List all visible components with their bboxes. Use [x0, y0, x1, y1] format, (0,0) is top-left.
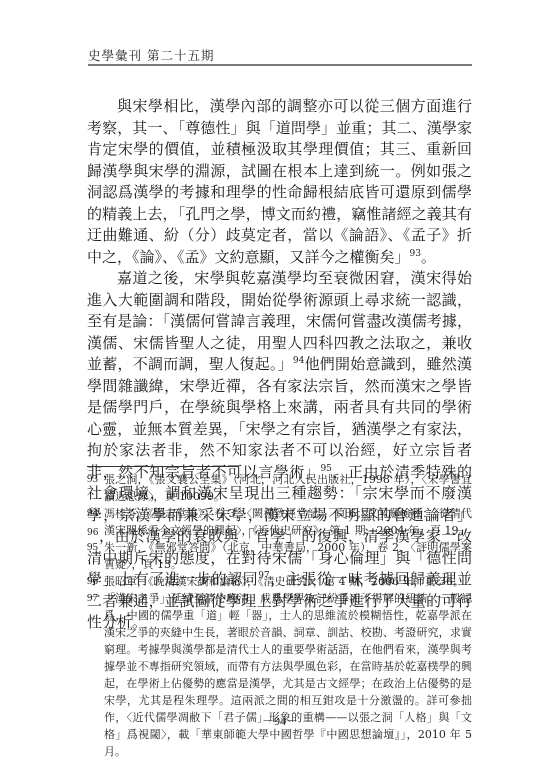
paragraph-text: 。	[421, 248, 436, 266]
footnote-93: 93 張之洞，《張文襄公全集》（河北，河北人民出版社，1998 年），〈宋學書宜…	[87, 471, 472, 505]
footnote-96: 96 張昭軍，《晚清漢宋調和論析》，《清史研究》，第 4 期，2006 年，頁 …	[87, 573, 472, 590]
footnote-ref-93[interactable]: 93	[410, 249, 421, 259]
footnote-number: 93	[87, 471, 104, 505]
paragraph-1: 與宋學相比，漢學內部的調整亦可以從三個方面進行考察，其一、「尊德性」與「道問學」…	[87, 96, 472, 268]
footnote-text: 張之洞，《張文襄公全集》（河北，河北人民出版社，1998 年），〈宋學書宜讀近思…	[104, 471, 472, 505]
header-rule	[88, 64, 472, 66]
footnote-number: 97	[87, 590, 104, 760]
footnote-ref-94[interactable]: 94	[293, 356, 304, 366]
footnote-text: 朱一新，《無邪堂答問》（北京，中華書局，2000 年），卷 2，〈評明儒學案質疑…	[104, 539, 472, 573]
footnote-text: 「漢宋之爭」延續至清中晚清，成爲學界攻訐紛爭而不得解的紐結。一般認爲，中國的儒學…	[104, 590, 472, 760]
footnote-number: 95	[87, 539, 104, 573]
running-header-title: 史學彙刊 第二十五期	[88, 46, 214, 64]
footnote-95: 95 朱一新，《無邪堂答問》（北京，中華書局，2000 年），卷 2，〈評明儒學…	[87, 539, 472, 573]
footnote-separator	[87, 466, 239, 467]
footnote-number: 94	[87, 505, 104, 539]
footnote-94: 94 馮桂芬，《顯志堂集》，卷 3，〈闕裡致經堂記〉，頁 6；又見羅檢秋：〈從清…	[87, 505, 472, 539]
footnote-97: 97 「漢宋之爭」延續至清中晚清，成爲學界攻訐紛爭而不得解的紐結。一般認爲，中國…	[87, 590, 472, 760]
footnote-number: 96	[87, 573, 104, 590]
footnote-text: 張昭軍，《晚清漢宋調和論析》，《清史研究》，第 4 期，2006 年，頁 36。	[104, 573, 472, 590]
paragraph-text: 與宋學相比，漢學內部的調整亦可以從三個方面進行考察，其一、「尊德性」與「道問學」…	[87, 97, 472, 266]
page-number: －94－	[0, 712, 560, 729]
footnote-text: 馮桂芬，《顯志堂集》，卷 3，〈闕裡致經堂記〉，頁 6；又見羅檢秋：〈從清代漢宋…	[104, 505, 472, 539]
